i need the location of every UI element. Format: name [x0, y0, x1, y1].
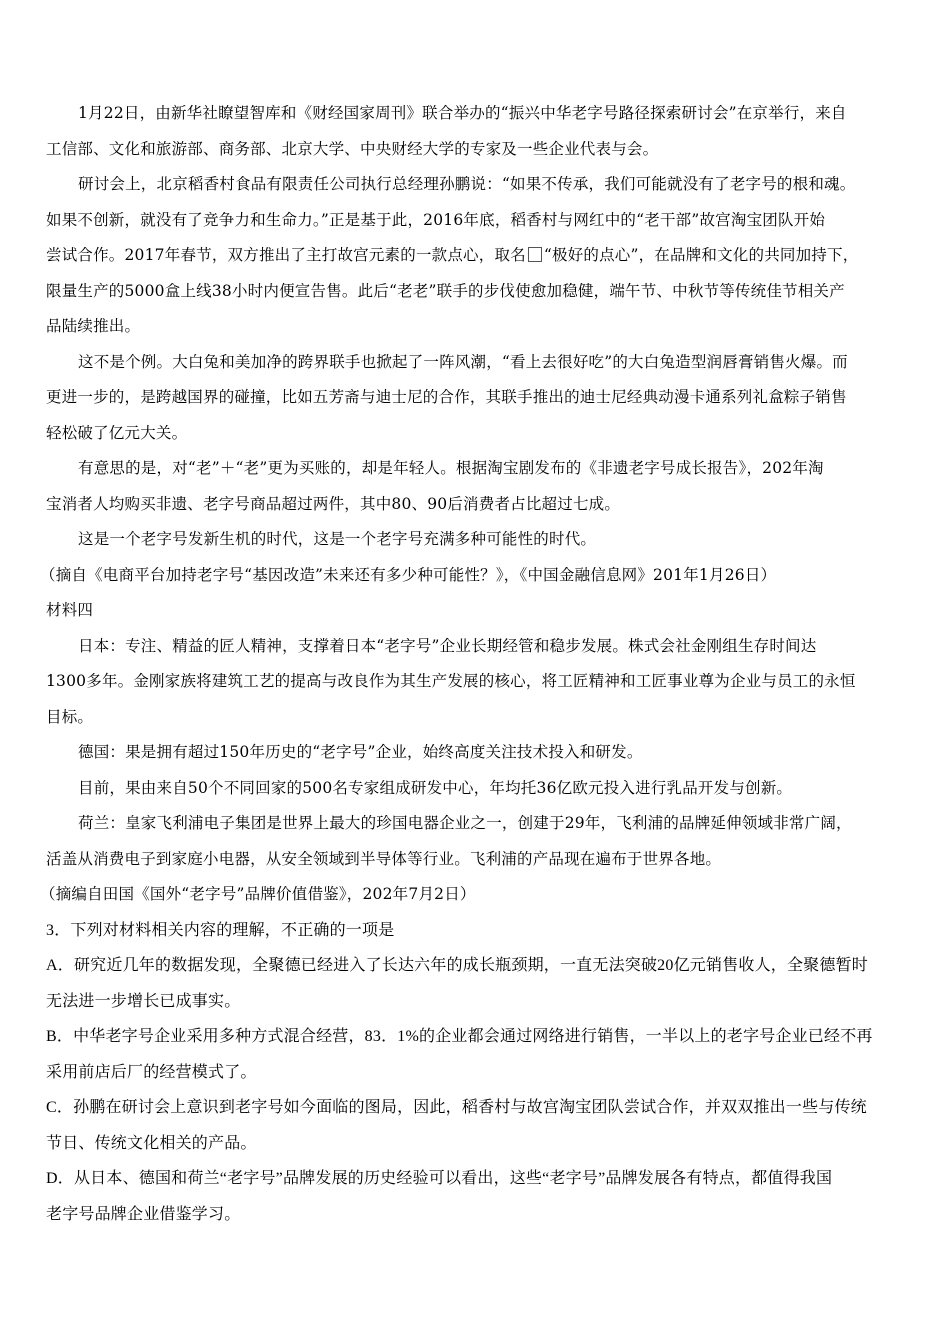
paragraph-line: 宝消者人均购买非遗、老字号商品超过两件，其中80、90后消费者占比超过七成。	[46, 487, 908, 523]
paragraph-line: 如果不创新，就没有了竞争力和生命力。”正是基于此，2016年底，稻香村与网红中的…	[46, 203, 908, 239]
source-citation: （摘编自田国《国外“老字号”品牌价值借鉴》，202年7月2日）	[40, 877, 908, 913]
option-b: B．中华老字号企业采用多种方式混合经营，83．1%的企业都会通过网络进行销售，一…	[46, 1019, 908, 1055]
option-d-cont: 老字号品牌企业借鉴学习。	[46, 1197, 908, 1233]
paragraph-line: 尝试合作。2017年春节，双方推出了主打故宫元素的一款点心，取名“极好的点心”，…	[46, 238, 908, 274]
option-a: A．研究近几年的数据发现，全聚德已经进入了长达六年的成长瓶颈期，一直无法突破20…	[46, 948, 908, 984]
missing-glyph-box	[528, 247, 542, 262]
paragraph-line: 工信部、文化和旅游部、商务部、北京大学、中央财经大学的专家及一些企业代表与会。	[46, 132, 908, 168]
option-c: C．孙鹏在研讨会上意识到老字号如今面临的图局，因此，稻香村与故宫淘宝团队尝试合作…	[46, 1090, 908, 1126]
source-citation: （摘自《电商平台加持老字号“基因改造”未来还有多少种可能性？》，《中国金融信息网…	[40, 558, 908, 594]
paragraph-line: 1300多年。金刚家族将建筑工艺的提高与改良作为其生产发展的核心，将工匠精神和工…	[46, 664, 908, 700]
paragraph-line: 活盖从消费电子到家庭小电器，从安全领域到半导体等行业。飞利浦的产品现在遍布于世界…	[46, 842, 908, 878]
paragraph-line: 目标。	[46, 700, 908, 736]
paragraph-line: 研讨会上，北京稻香村食品有限责任公司执行总经理孙鹏说：“如果不传承，我们可能就没…	[46, 167, 908, 203]
paragraph-line: 更进一步的，是跨越国界的碰撞，比如五芳斋与迪士尼的合作，其联手推出的迪士尼经典动…	[46, 380, 908, 416]
paragraph-line: 这不是个例。大白兔和美加净的跨界联手也掀起了一阵风潮，“看上去很好吃”的大白兔造…	[46, 345, 908, 381]
option-d: D．从日本、德国和荷兰“老字号”品牌发展的历史经验可以看出，这些“老字号”品牌发…	[46, 1161, 908, 1197]
paragraph-line: 限量生产的5000盒上线38小时内便宣告售。此后“老老”联手的步伐使愈加稳健，端…	[46, 274, 908, 310]
paragraph-line: 荷兰：皇家飞利浦电子集团是世界上最大的珍国电器企业之一，创建于29年，飞利浦的品…	[46, 806, 908, 842]
paragraph-line: 德国：果是拥有超过150年历史的“老字号”企业，始终高度关注技术投入和研发。	[46, 735, 908, 771]
option-a-cont: 无法进一步增长已成事实。	[46, 984, 908, 1020]
paragraph-line: 日本：专注、精益的匠人精神，支撑着日本“老字号”企业长期经管和稳步发展。株式会社…	[46, 629, 908, 665]
question-stem: 3．下列对材料相关内容的理解，不正确的一项是	[46, 913, 908, 949]
paragraph-line: 轻松破了亿元大关。	[46, 416, 908, 452]
option-b-cont: 采用前店后厂的经营模式了。	[46, 1055, 908, 1091]
paragraph-line: 这是一个老字号发新生机的时代，这是一个老字号充满多种可能性的时代。	[46, 522, 908, 558]
paragraph-line: 品陆续推出。	[46, 309, 908, 345]
paragraph-line: 有意思的是，对“老”＋“老”更为买账的，却是年轻人。根据淘宝剧发布的《非遗老字号…	[46, 451, 908, 487]
paragraph-line: 1月22日，由新华社瞭望智库和《财经国家周刊》联合举办的“振兴中华老字号路径探索…	[46, 96, 908, 132]
section-heading: 材料四	[46, 593, 908, 629]
paragraph-line: 目前，果由来自50个不同回家的500名专家组成研发中心，年均托36亿欧元投入进行…	[46, 771, 908, 807]
document-page: 1月22日，由新华社瞭望智库和《财经国家周刊》联合举办的“振兴中华老字号路径探索…	[46, 96, 908, 1232]
option-c-cont: 节日、传统文化相关的产品。	[46, 1126, 908, 1162]
